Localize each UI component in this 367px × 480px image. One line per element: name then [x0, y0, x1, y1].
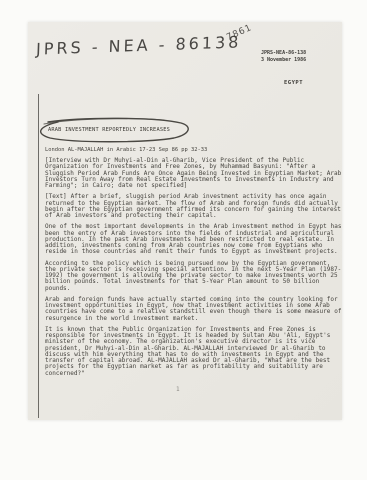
report-date: 3 November 1986 — [261, 57, 306, 64]
page-number: 1 — [176, 386, 180, 393]
article-body: [Interview with Dr Muhyi-al-Din al-Ghari… — [45, 158, 343, 382]
handwritten-report-id: JPRS - NEA - 86138 — [36, 32, 242, 58]
article-title: ARAB INVESTMENT REPORTEDLY INCREASES — [48, 127, 170, 133]
scanned-document-page: JPRS - NEA - 86138 7861 JPRS-NEA-86-138 … — [28, 22, 342, 420]
source-citation-line: London AL-MAJALLAH in Arabic 17-23 Sep 8… — [45, 147, 207, 153]
article-title-block: ARAB INVESTMENT REPORTEDLY INCREASES — [34, 116, 194, 144]
paragraph-interview-note: [Interview with Dr Muhyi-al-Din al-Ghari… — [45, 158, 343, 189]
paragraph-text-intro: [Text] After a brief, sluggish period Ar… — [45, 194, 343, 219]
paragraph-funds: Arab and foreign funds have actually sta… — [45, 297, 343, 322]
country-section-label: EGYPT — [284, 80, 303, 86]
paragraph-developments: One of the most important developments i… — [45, 224, 343, 255]
paragraph-policy: According to the policy which is being p… — [45, 261, 343, 292]
paragraph-organization: It is known that the Public Organization… — [45, 327, 343, 377]
report-id: JPRS-NEA-86-138 — [261, 50, 306, 57]
report-header: JPRS-NEA-86-138 3 November 1986 — [261, 50, 306, 64]
